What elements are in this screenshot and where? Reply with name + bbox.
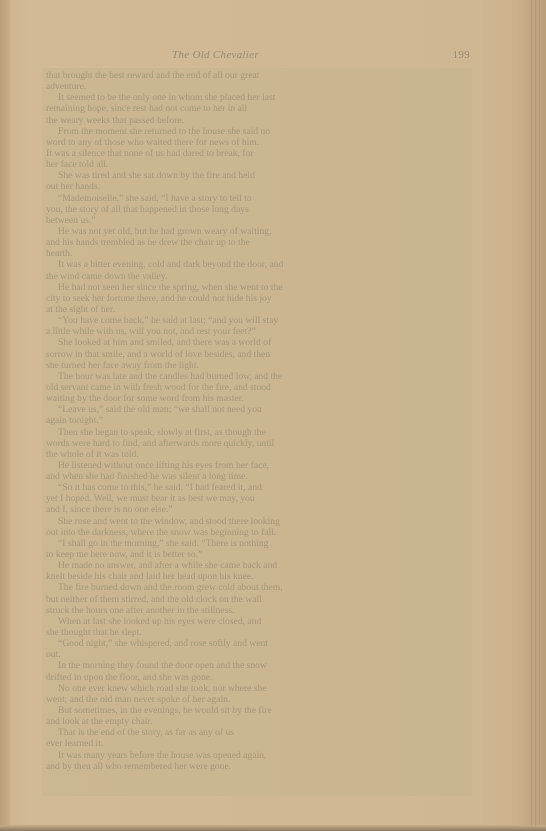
text-line: again tonight.” (46, 415, 466, 426)
text-line: “Mademoiselle,” she said, “I have a stor… (46, 193, 466, 204)
text-line: He made no answer, and after a while she… (46, 560, 466, 571)
text-line: Then she began to speak, slowly at first… (46, 427, 466, 438)
text-line: but neither of them stirred, and the old… (46, 594, 466, 605)
page-bottom-shadow (0, 825, 546, 831)
text-line: and I, since there is no one else.” (46, 504, 466, 515)
running-title: The Old Chevalier (172, 49, 259, 61)
text-line: the wind came down the valley. (46, 271, 466, 282)
text-line: In the morning they found the door open … (46, 660, 466, 671)
text-line: to keep me here now, and it is better so… (46, 549, 466, 560)
text-line: city to seek her fortune there, and he c… (46, 293, 466, 304)
text-line: out into the darkness, where the snow wa… (46, 527, 466, 538)
text-line: went; and the old man never spoke of her… (46, 694, 466, 705)
text-line: and his hands trembled as he drew the ch… (46, 237, 466, 248)
text-line: her face told all. (46, 159, 466, 170)
text-line: He listened without once lifting his eye… (46, 460, 466, 471)
text-line: “You have come back,” he said at last; “… (46, 315, 466, 326)
text-line: between us.” (46, 215, 466, 226)
text-line: She looked at him and smiled, and there … (46, 337, 466, 348)
text-line: out. (46, 649, 466, 660)
text-line: It was a bitter evening, cold and dark b… (46, 259, 466, 270)
text-line: “I shall go in the morning,” she said. “… (46, 538, 466, 549)
text-line: ever learned it. (46, 738, 466, 749)
page-edge-line (531, 0, 532, 831)
text-line: She was tired and she sat down by the fi… (46, 170, 466, 181)
text-line: No one ever knew which road she took, no… (46, 683, 466, 694)
running-header: The Old Chevalier 199 (40, 49, 470, 65)
text-line: It was many years before the house was o… (46, 750, 466, 761)
text-line: and by then all who remembered her were … (46, 761, 466, 772)
text-line: knelt beside his chair and laid her head… (46, 571, 466, 582)
page-edge-line (539, 0, 540, 831)
text-line: But sometimes, in the evenings, he would… (46, 705, 466, 716)
text-line: the weary weeks that passed before. (46, 115, 466, 126)
book-page: The Old Chevalier 199 that brought the b… (0, 0, 546, 831)
text-line: word to any of those who waited there fo… (46, 137, 466, 148)
text-line: that brought the best reward and the end… (46, 70, 466, 81)
text-line: He was not yet old, but he had grown wea… (46, 226, 466, 237)
text-line: remaining hope, since rest had not come … (46, 103, 466, 114)
text-line: “So it has come to this,” he said. “I ha… (46, 482, 466, 493)
text-line: adventure. (46, 81, 466, 92)
text-line: and look at the empty chair. (46, 716, 466, 727)
text-line: sorrow in that smile, and a world of lov… (46, 349, 466, 360)
text-line: When at last she looked up his eyes were… (46, 616, 466, 627)
text-line: and when she had finished he was silent … (46, 471, 466, 482)
text-line: she turned her face away from the light. (46, 360, 466, 371)
text-line: She rose and went to the window, and sto… (46, 516, 466, 527)
page-gutter-shadow (0, 0, 10, 831)
text-line: waiting by the door for some word from h… (46, 393, 466, 404)
text-line: “Good night,” she whispered, and rose so… (46, 638, 466, 649)
text-line: That is the end of the story, as far as … (46, 727, 466, 738)
text-line: yet I hoped. Well, we must bear it as be… (46, 493, 466, 504)
text-line: hearth. (46, 248, 466, 259)
text-line: old servant came in with fresh wood for … (46, 382, 466, 393)
page-number: 199 (453, 49, 470, 61)
text-line: He had not seen her since the spring, wh… (46, 282, 466, 293)
text-line: out her hands. (46, 181, 466, 192)
text-line: at the sight of her. (46, 304, 466, 315)
text-line: drifted in upon the floor, and she was g… (46, 672, 466, 683)
text-line: It seemed to be the only one in whom she… (46, 92, 466, 103)
text-line: From the moment she returned to the hous… (46, 126, 466, 137)
text-line: struck the hours one after another in th… (46, 605, 466, 616)
text-line: It was a silence that none of us had dar… (46, 148, 466, 159)
text-line: a little while with us, will you not, an… (46, 326, 466, 337)
text-line: words were hard to find, and afterwards … (46, 438, 466, 449)
body-text: that brought the best reward and the end… (46, 70, 466, 772)
text-line: you, the story of all that happened in t… (46, 204, 466, 215)
text-line: she thought that he slept. (46, 627, 466, 638)
text-line: “Leave us,” said the old man; “we shall … (46, 404, 466, 415)
text-line: The hour was late and the candles had bu… (46, 371, 466, 382)
page-edge-line (535, 0, 536, 831)
text-line: the whole of it was told. (46, 449, 466, 460)
text-line: The fire burned down and the room grew c… (46, 582, 466, 593)
